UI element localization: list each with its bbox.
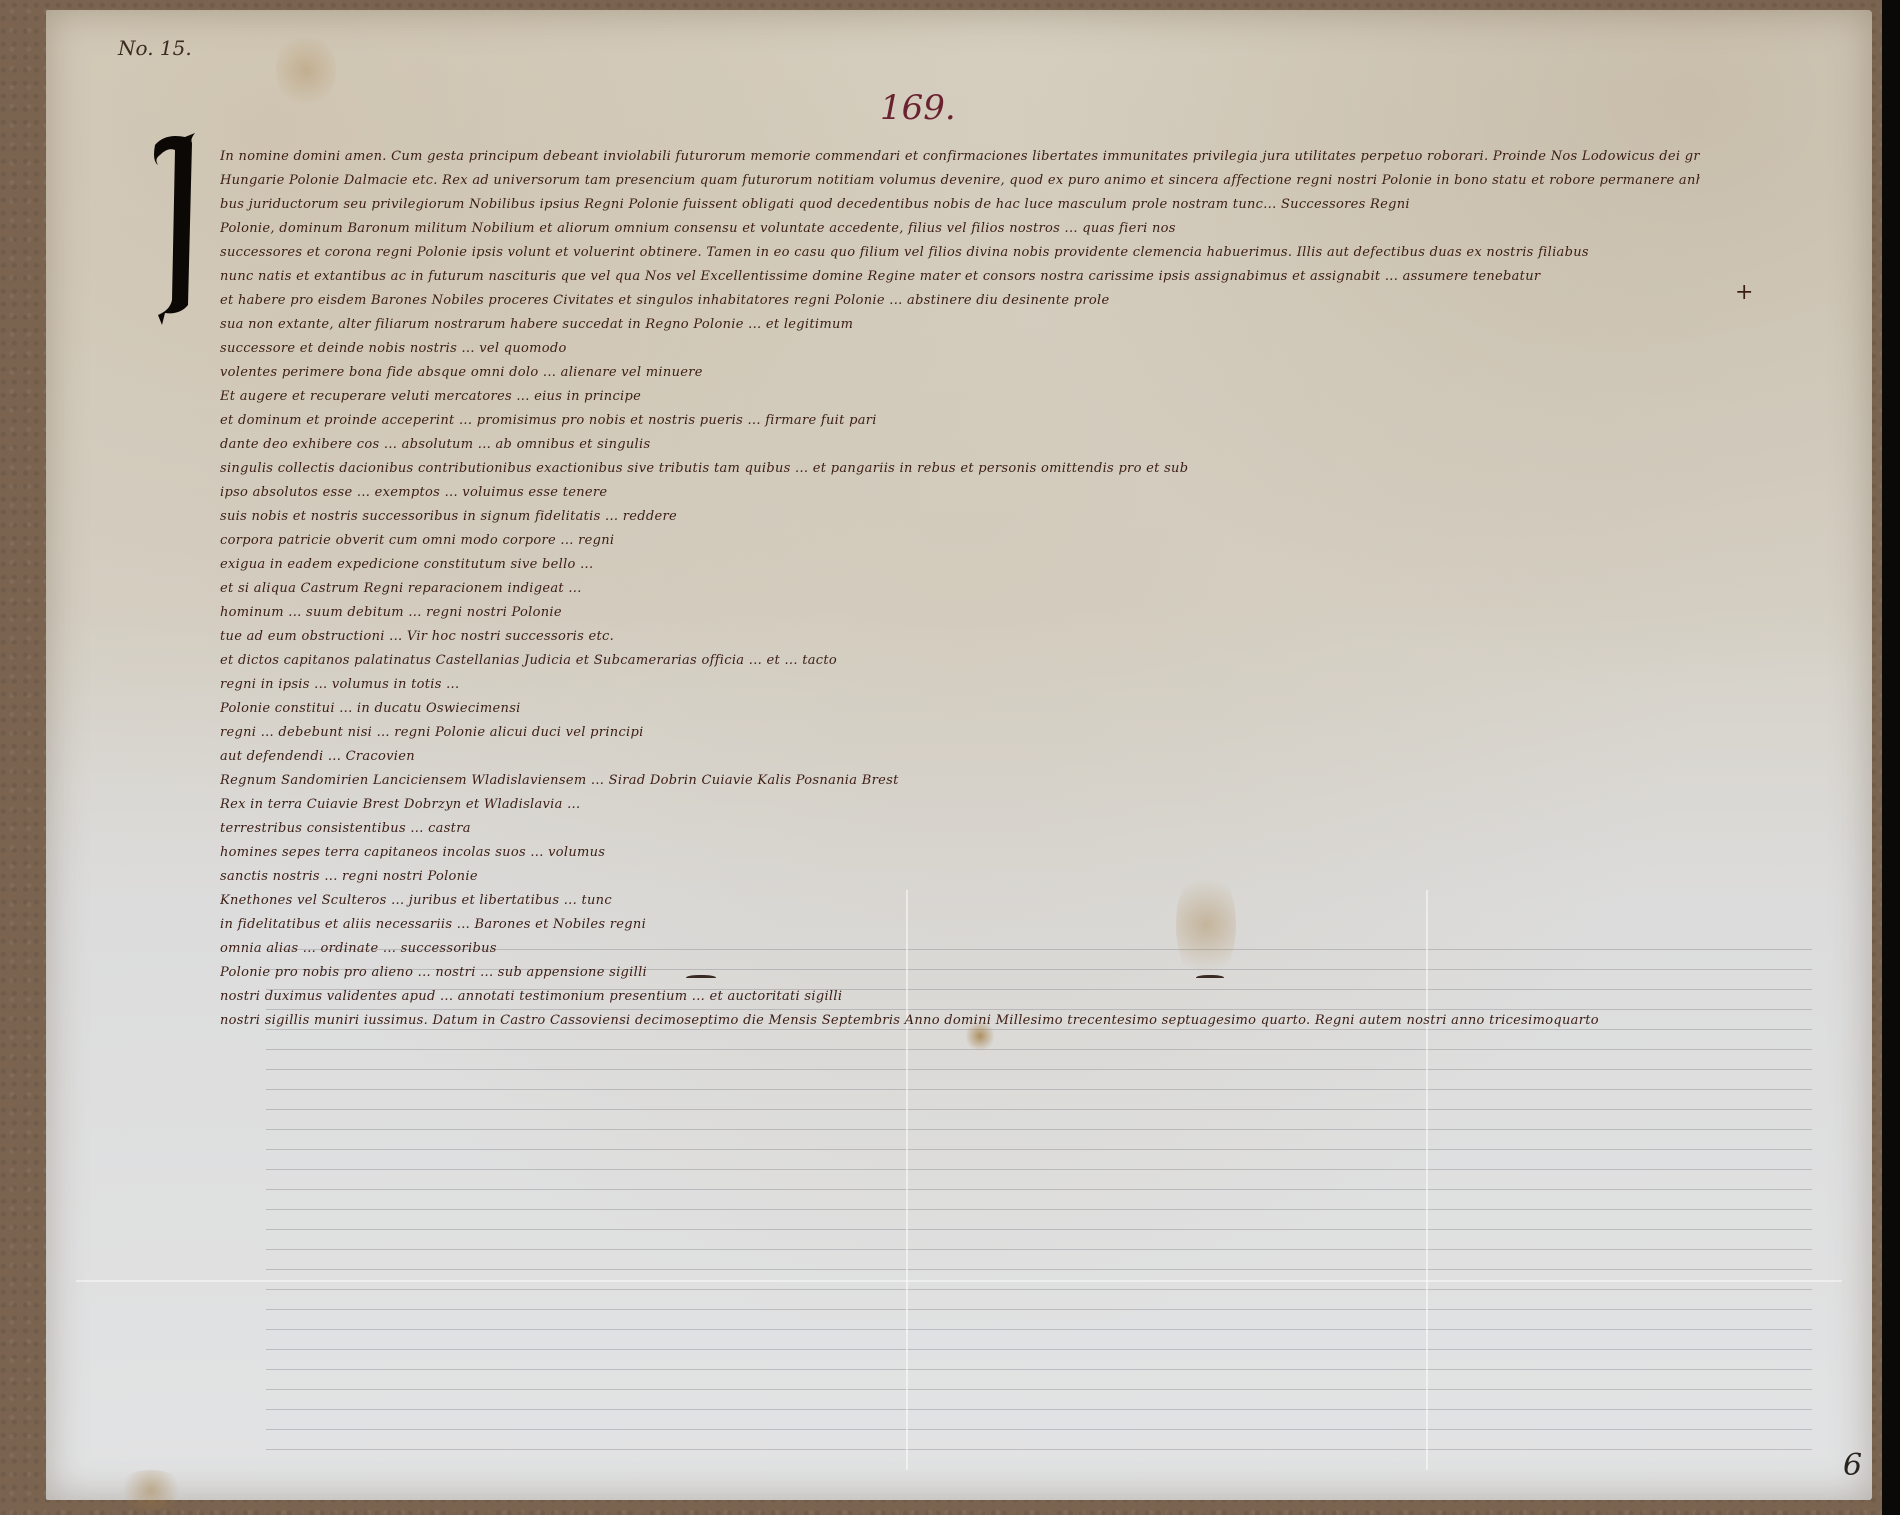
text-line: nunc natis et extantibus ac in futurum n… (220, 265, 1700, 289)
text-line: homines sepes terra capitaneos incolas s… (220, 841, 1700, 865)
water-stain (276, 30, 336, 110)
text-line: in fidelitatibus et aliis necessariis ..… (220, 913, 1700, 937)
text-line: sanctis nostris ... regni nostri Polonie (220, 865, 1700, 889)
text-line: Knethones vel Sculteros ... juribus et l… (220, 889, 1700, 913)
text-line: hominum ... suum debitum ... regni nostr… (220, 601, 1700, 625)
text-line: Polonie, dominum Baronum militum Nobiliu… (220, 217, 1700, 241)
text-line: In nomine domini amen. Cum gesta princip… (220, 145, 1700, 169)
text-line: regni ... debebunt nisi ... regni Poloni… (220, 721, 1700, 745)
text-line: aut defendendi ... Cracovien (220, 745, 1700, 769)
text-line: nostri duximus validentes apud ... annot… (220, 985, 1700, 1009)
fold-crease (76, 1280, 1842, 1282)
folio-number: 169. (880, 88, 956, 128)
text-line: suis nobis et nostris successoribus in s… (220, 505, 1700, 529)
text-line: corpora patricie obverit cum omni modo c… (220, 529, 1700, 553)
water-stain (116, 1470, 186, 1510)
text-line: Et augere et recuperare veluti mercatore… (220, 385, 1700, 409)
text-line: sua non extante, alter filiarum nostraru… (220, 313, 1700, 337)
text-line: nostri sigillis muniri iussimus. Datum i… (220, 1009, 1700, 1033)
text-line: Regnum Sandomirien Lanciciensem Wladisla… (220, 769, 1700, 793)
text-line: Polonie pro nobis pro alieno ... nostri … (220, 961, 1700, 985)
text-line: ipso absolutos esse ... exemptos ... vol… (220, 481, 1700, 505)
decorated-initial-i-icon (150, 125, 210, 325)
text-line: omnia alias ... ordinate ... successorib… (220, 937, 1700, 961)
corner-number: 6 (1843, 1448, 1862, 1483)
text-line: successores et corona regni Polonie ipsi… (220, 241, 1700, 265)
text-line: volentes perimere bona fide absque omni … (220, 361, 1700, 385)
margin-cross-mark: + (1735, 280, 1753, 305)
text-line: regni in ipsis ... volumus in totis ... (220, 673, 1700, 697)
text-line: exigua in eadem expedicione constitutum … (220, 553, 1700, 577)
text-line: Rex in terra Cuiavie Brest Dobrzyn et Wl… (220, 793, 1700, 817)
text-line: et habere pro eisdem Barones Nobiles pro… (220, 289, 1700, 313)
text-line: bus juriductorum seu privilegiorum Nobil… (220, 193, 1700, 217)
text-line: dante deo exhibere cos ... absolutum ...… (220, 433, 1700, 457)
text-line: singulis collectis dacionibus contributi… (220, 457, 1700, 481)
text-line: et dominum et proinde acceperint ... pro… (220, 409, 1700, 433)
text-line: Polonie constitui ... in ducatu Oswiecim… (220, 697, 1700, 721)
archive-number: No. 15. (118, 36, 192, 60)
text-line: terrestribus consistentibus ... castra (220, 817, 1700, 841)
charter-text: In nomine domini amen. Cum gesta princip… (220, 145, 1700, 1033)
text-line: successore et deinde nobis nostris ... v… (220, 337, 1700, 361)
text-line: tue ad eum obstructioni ... Vir hoc nost… (220, 625, 1700, 649)
text-line: et si aliqua Castrum Regni reparacionem … (220, 577, 1700, 601)
text-line: et dictos capitanos palatinatus Castella… (220, 649, 1700, 673)
text-line: Hungarie Polonie Dalmacie etc. Rex ad un… (220, 169, 1700, 193)
